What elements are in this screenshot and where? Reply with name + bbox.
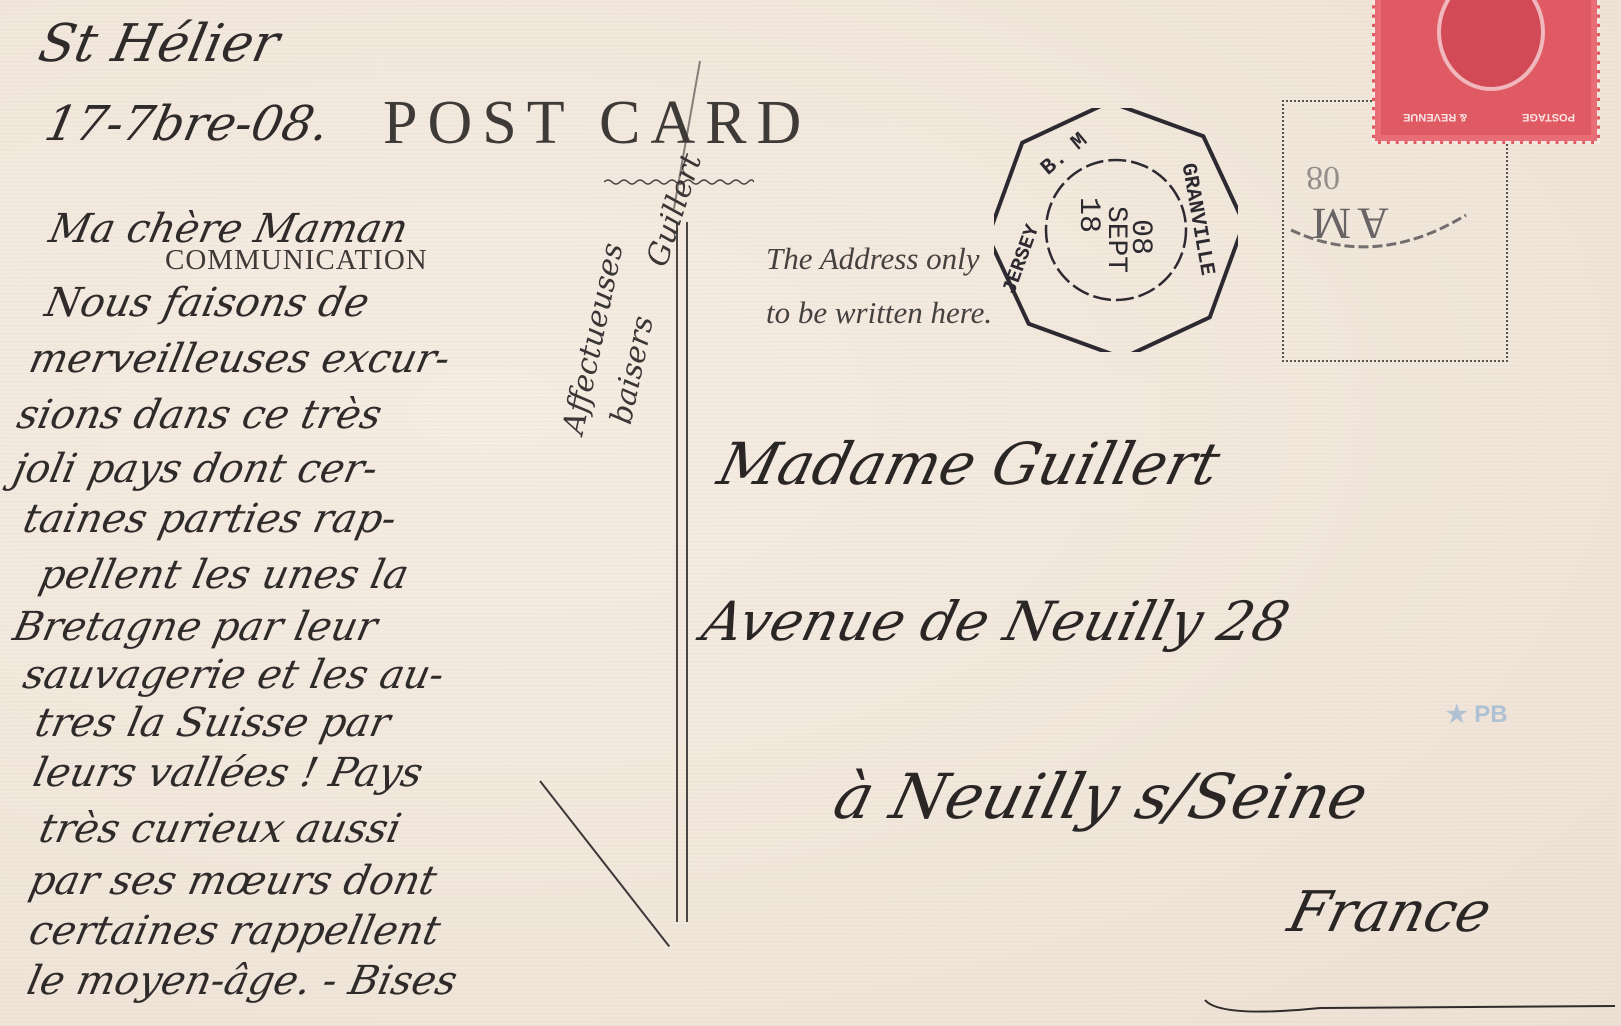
message-line: Ma chère Maman — [45, 206, 412, 252]
cancel-year: 08 — [1306, 158, 1340, 196]
message-line: pellent les unes la — [35, 552, 413, 598]
message-line: taines parties rap- — [19, 496, 401, 542]
message-line: joli pays dont cer- — [9, 446, 382, 492]
postcard-back: POST CARD COMMUNICATION The Address only… — [0, 0, 1621, 1026]
postcard-title: POST CARD — [383, 88, 811, 159]
pb-handstamp: ★ PB — [1446, 700, 1508, 729]
message-line: sions dans ce très — [13, 392, 386, 438]
message-line: merveilleuses excur- — [25, 336, 454, 382]
address-instruction: The Address only to be written here. — [766, 232, 992, 340]
postmark-year: 08 — [1123, 219, 1157, 255]
center-divider — [676, 222, 688, 922]
address-line-3: à Neuilly s/Seine — [827, 760, 1375, 833]
message-line: sauvagerie et les au- — [19, 652, 448, 698]
octagonal-postmark: B. M JERSEY GRANVILLE 18 SEPT 08 — [994, 108, 1238, 352]
message-line: le moyen-âge. - Bises — [23, 958, 461, 1004]
address-underline — [1200, 990, 1620, 1020]
address-instruction-line2: to be written here. — [766, 286, 992, 340]
message-line: leurs vallées ! Pays — [29, 750, 427, 796]
stamp-revenue-label: & REVENUE — [1403, 111, 1467, 123]
cancel-arc-icon — [1286, 210, 1476, 260]
message-place: St Hélier — [34, 14, 285, 74]
message-line: par ses mœurs dont — [25, 858, 441, 904]
message-date: 17-7bre-08. — [40, 96, 334, 152]
address-line-2: Avenue de Neuilly 28 — [696, 590, 1296, 653]
stamp-postage-label: POSTAGE — [1522, 111, 1575, 123]
address-instruction-line1: The Address only — [766, 232, 992, 286]
postage-stamp: & REVENUE POSTAGE — [1372, 0, 1600, 144]
cross-writing-line: Guillert — [640, 149, 709, 270]
message-line: Nous faisons de — [41, 280, 373, 326]
message-line: tres la Suisse par — [31, 700, 394, 746]
address-line-4: France — [1282, 880, 1498, 945]
star-icon: ★ — [1446, 701, 1468, 728]
message-line: très curieux aussi — [35, 806, 405, 852]
message-line: Bretagne par leur — [9, 604, 381, 650]
message-line: certaines rappellent — [25, 908, 444, 954]
pen-stroke — [539, 780, 670, 947]
pb-handstamp-text: PB — [1474, 701, 1507, 728]
cancellation-mark: 08 AM — [1306, 140, 1476, 280]
king-portrait-icon — [1437, 0, 1545, 91]
address-line-1: Madame Guillert — [712, 430, 1227, 498]
